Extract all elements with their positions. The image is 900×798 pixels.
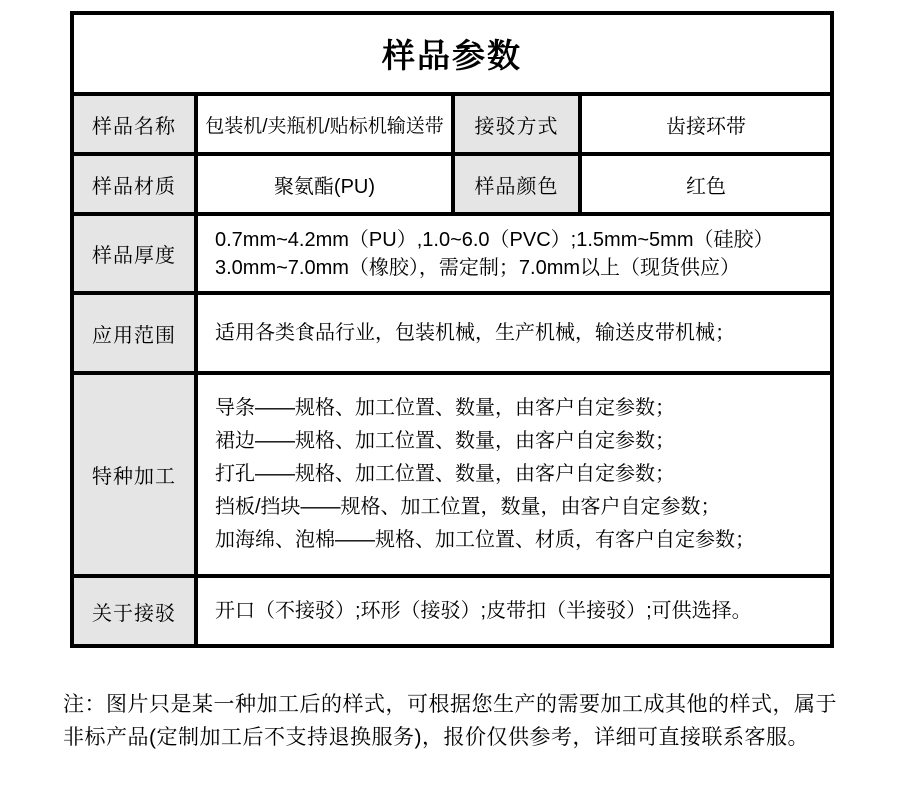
table-row-about-joint: 关于接驳 开口（不接驳）;环形（接驳）;皮带扣（半接驳）;可供选择。 (72, 576, 832, 646)
spec-table: 样品参数 样品名称 包装机/夹瓶机/贴标机输送带 接驳方式 齿接环带 样品材质 … (70, 11, 834, 648)
label-thickness: 样品厚度 (72, 214, 196, 293)
label-material: 样品材质 (72, 154, 196, 214)
value-about-joint: 开口（不接驳）;环形（接驳）;皮带扣（半接驳）;可供选择。 (196, 576, 832, 646)
value-special-processing: 导条——规格、加工位置、数量，由客户自定参数； 裙边——规格、加工位置、数量，由… (196, 373, 832, 576)
label-application: 应用范围 (72, 293, 196, 373)
label-joint-method: 接驳方式 (453, 94, 580, 154)
value-application: 适用各类食品行业，包装机械，生产机械，输送皮带机械； (196, 293, 832, 373)
value-color: 红色 (580, 154, 832, 214)
label-about-joint: 关于接驳 (72, 576, 196, 646)
value-material: 聚氨酯(PU) (196, 154, 453, 214)
product-spec-page: { "table": { "title": "样品参数", "pair_rows… (0, 0, 900, 798)
table-row-special-processing: 特种加工 导条——规格、加工位置、数量，由客户自定参数； 裙边——规格、加工位置… (72, 373, 832, 576)
value-sample-name: 包装机/夹瓶机/贴标机输送带 (196, 94, 453, 154)
application-line-1: 适用各类食品行业，包装机械，生产机械，输送皮带机械； (215, 321, 822, 345)
page-title: 样品参数 (72, 13, 832, 94)
special-line-sponge: 加海绵、泡棉——规格、加工位置、材质，有客户自定参数； (215, 524, 822, 557)
label-color: 样品颜色 (453, 154, 580, 214)
table-row-application: 应用范围 适用各类食品行业，包装机械，生产机械，输送皮带机械； (72, 293, 832, 373)
about-joint-line-1: 开口（不接驳）;环形（接驳）;皮带扣（半接驳）;可供选择。 (215, 599, 822, 623)
value-thickness: 0.7mm~4.2mm（PU）,1.0~6.0（PVC）;1.5mm~5mm（硅… (196, 214, 832, 293)
special-line-punch: 打孔——规格、加工位置、数量，由客户自定参数； (215, 458, 822, 491)
special-line-guide: 导条——规格、加工位置、数量，由客户自定参数； (215, 392, 822, 425)
special-line-baffle: 挡板/挡块——规格、加工位置，数量，由客户自定参数； (215, 491, 822, 524)
table-row-material: 样品材质 聚氨酯(PU) 样品颜色 红色 (72, 154, 832, 214)
value-joint-method: 齿接环带 (580, 94, 832, 154)
table-row-thickness: 样品厚度 0.7mm~4.2mm（PU）,1.0~6.0（PVC）;1.5mm~… (72, 214, 832, 293)
thickness-line-2: 3.0mm~7.0mm（橡胶），需定制；7.0mm以上（现货供应） (215, 254, 822, 282)
label-special-processing: 特种加工 (72, 373, 196, 576)
special-line-skirt: 裙边——规格、加工位置、数量，由客户自定参数； (215, 425, 822, 458)
table-row-sample-name: 样品名称 包装机/夹瓶机/贴标机输送带 接驳方式 齿接环带 (72, 94, 832, 154)
thickness-line-1: 0.7mm~4.2mm（PU）,1.0~6.0（PVC）;1.5mm~5mm（硅… (215, 226, 822, 254)
note-text: 注：图片只是某一种加工后的样式，可根据您生产的需要加工成其他的样式，属于非标产品… (63, 688, 845, 754)
table-title-row: 样品参数 (72, 13, 832, 94)
label-sample-name: 样品名称 (72, 94, 196, 154)
